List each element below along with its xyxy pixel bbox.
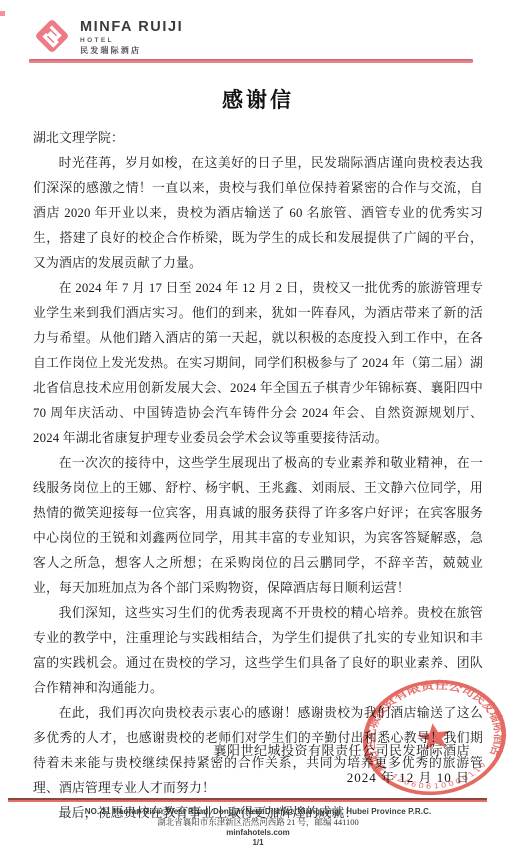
page-number: 1/1 [0,838,516,848]
salutation: 湖北文理学院： [33,126,483,151]
minfa-logo-icon [33,16,71,56]
logo-row: MINFA RUIJI HOTEL 民发瑞际酒店 [33,16,483,56]
footer-website: minfahotels.com [0,828,516,838]
paragraph-3: 在一次次的接待中，这些学生展现出了极高的专业素养和敬业精神，在一线服务岗位上的王… [33,451,483,601]
header-divider [29,59,473,63]
brand-subtitle: HOTEL [80,36,183,45]
brand-name: MINFA RUIJI [80,20,183,35]
letter-page: MINFA RUIJI HOTEL 民发瑞际酒店 感谢信 湖北文理学院： 时光荏… [0,0,516,859]
letterhead: MINFA RUIJI HOTEL 民发瑞际酒店 [33,16,483,63]
footer-address-chinese: 湖北省襄阳市东津新区浩然河西路 21 号，邮编 441100 [0,817,516,828]
page-footer: NO. 21 Haoran River West Road, Dongjin N… [0,798,516,848]
letter-title: 感谢信 [0,84,516,114]
paragraph-2: 在 2024 年 7 月 17 日至 2024 年 12 月 2 日，贵校又一批… [33,276,483,451]
footer-address-english: NO. 21 Haoran River West Road, Dongjin N… [0,806,516,817]
seal-star-icon [416,721,453,751]
seal-ring-text: 襄阳世纪城投资有限责任公司民发瑞际酒店 [353,669,512,777]
paragraph-1: 时光荏苒，岁月如梭，在这美好的日子里，民发瑞际酒店谨向贵校表达我们深深的感激之情… [33,151,483,276]
company-seal-stamp: 襄阳世纪城投资有限责任公司民发瑞际酒店 42060610000110 [352,668,516,807]
logo-text: MINFA RUIJI HOTEL 民发瑞际酒店 [80,16,183,56]
scan-artifact [0,11,5,16]
brand-chinese-name: 民发瑞际酒店 [80,46,183,56]
